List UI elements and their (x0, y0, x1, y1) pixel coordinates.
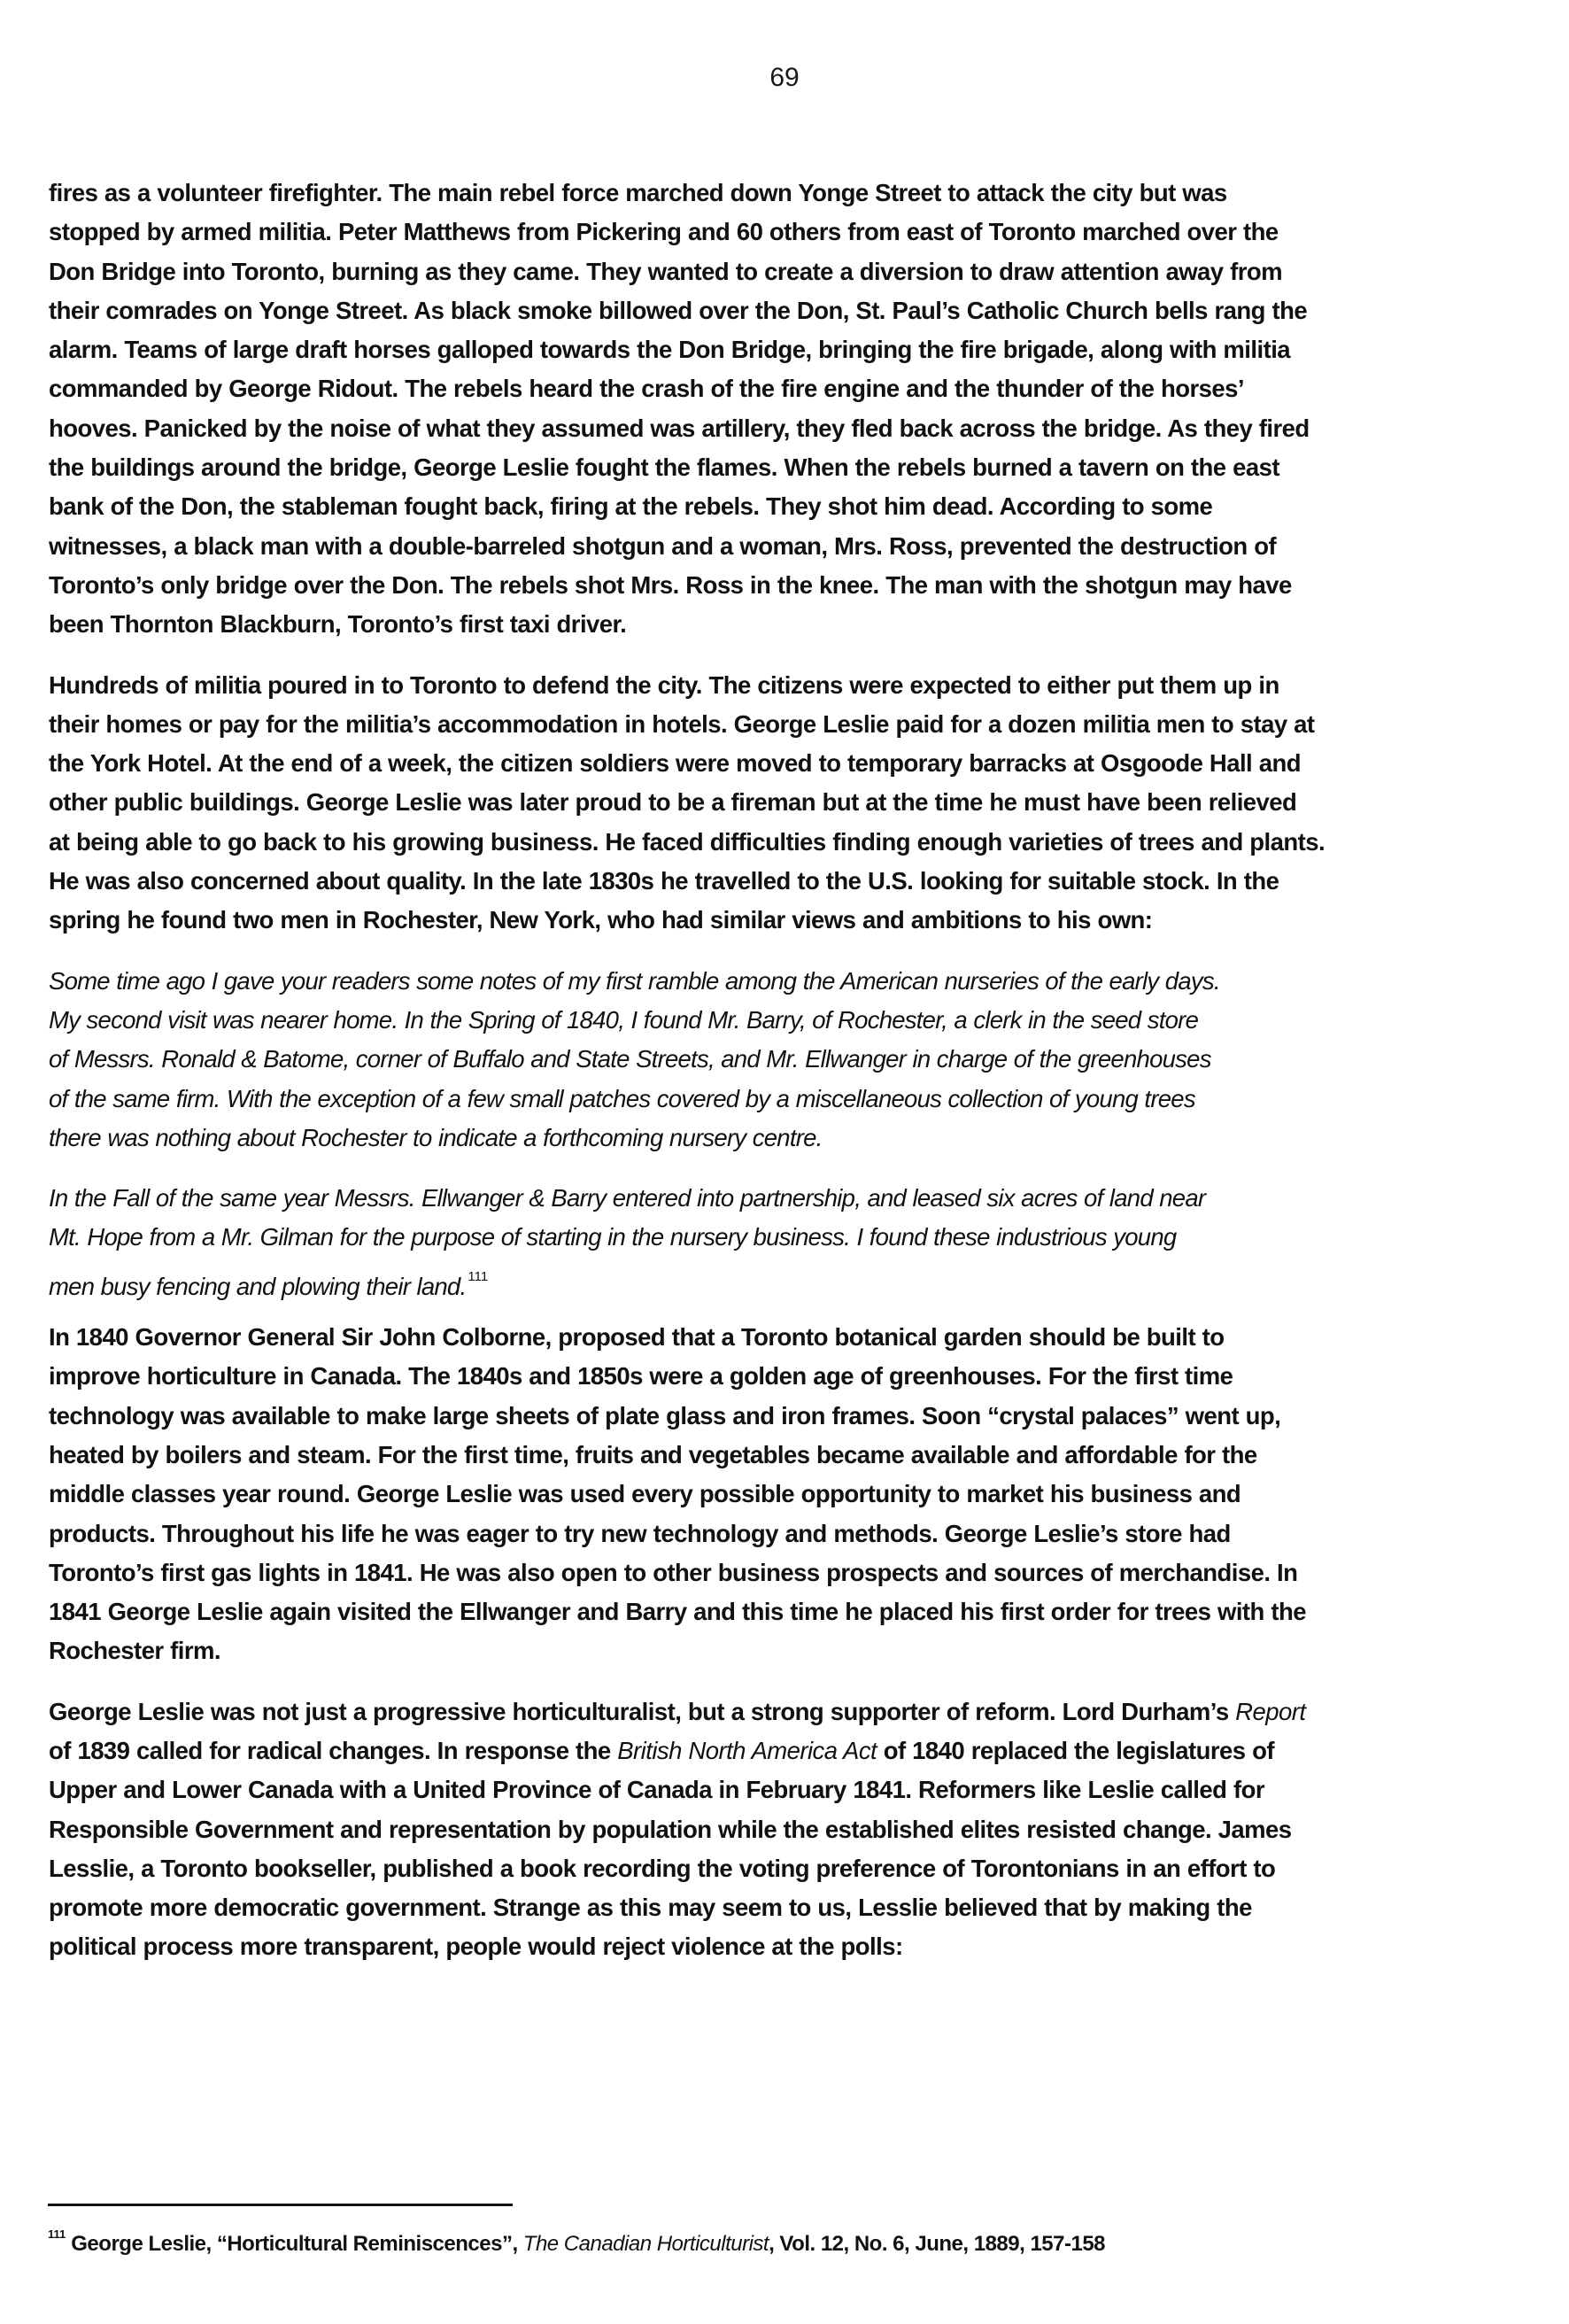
footnote-author-title: George Leslie, “Horticultural Reminiscen… (71, 2232, 523, 2256)
text-line: there was nothing about Rochester to ind… (49, 1119, 1536, 1158)
text-line: Responsible Government and representatio… (49, 1810, 1536, 1849)
text-run: Mt. Hope from a Mr. Gilman for the purpo… (49, 1223, 1176, 1251)
text-run: of 1840 replaced the legislatures of (877, 1737, 1274, 1764)
text-line: of the same firm. With the exception of … (49, 1080, 1536, 1119)
text-run: In the Fall of the same year Messrs. Ell… (49, 1184, 1205, 1212)
text-run: witnesses, a black man with a double-bar… (49, 532, 1276, 560)
text-line: witnesses, a black man with a double-bar… (49, 527, 1536, 566)
body-text: fires as a volunteer firefighter. The ma… (49, 174, 1536, 1988)
text-line: fires as a volunteer firefighter. The ma… (49, 174, 1536, 213)
footnote-separator (48, 2204, 513, 2206)
text-run: My second visit was nearer home. In the … (49, 1006, 1198, 1034)
text-line: their comrades on Yonge Street. As black… (49, 291, 1536, 330)
footnote-mark: 111 (48, 2227, 66, 2241)
text-line: hooves. Panicked by the noise of what th… (49, 409, 1536, 448)
body-paragraph: fires as a volunteer firefighter. The ma… (49, 174, 1536, 645)
text-line: In the Fall of the same year Messrs. Ell… (49, 1179, 1536, 1218)
text-run: alarm. Teams of large draft horses gallo… (49, 336, 1290, 363)
block-quote-paragraph: Some time ago I gave your readers some n… (49, 962, 1536, 1158)
text-line: Toronto’s only bridge over the Don. The … (49, 566, 1536, 605)
text-run: Toronto’s first gas lights in 1841. He w… (49, 1559, 1297, 1586)
block-quote-paragraph: In the Fall of the same year Messrs. Ell… (49, 1179, 1536, 1297)
text-run: men busy fencing and plowing their land. (49, 1273, 466, 1300)
footnote-reference: 111 (468, 1269, 488, 1284)
text-run: at being able to go back to his growing … (49, 828, 1325, 856)
text-line: at being able to go back to his growing … (49, 823, 1536, 862)
text-run: Lesslie, a Toronto bookseller, published… (49, 1855, 1275, 1882)
text-run: heated by boilers and steam. For the fir… (49, 1441, 1257, 1468)
text-line: George Leslie was not just a progressive… (49, 1693, 1536, 1731)
text-run: their homes or pay for the militia’s acc… (49, 710, 1315, 738)
footnote-journal: The Canadian Horticulturist (523, 2232, 769, 2256)
text-run: commanded by George Ridout. The rebels h… (49, 375, 1244, 402)
text-run: improve horticulture in Canada. The 1840… (49, 1362, 1233, 1390)
text-run: spring he found two men in Rochester, Ne… (49, 906, 1152, 933)
text-run: stopped by armed militia. Peter Matthews… (49, 218, 1279, 245)
text-run: Don Bridge into Toronto, burning as they… (49, 258, 1282, 285)
text-line: He was also concerned about quality. In … (49, 862, 1536, 901)
text-line: technology was available to make large s… (49, 1397, 1536, 1436)
text-line: the buildings around the bridge, George … (49, 448, 1536, 487)
text-line: other public buildings. George Leslie wa… (49, 783, 1536, 822)
text-line: spring he found two men in Rochester, Ne… (49, 901, 1536, 940)
body-paragraph: Hundreds of militia poured in to Toronto… (49, 666, 1536, 941)
text-run: bank of the Don, the stableman fought ba… (49, 492, 1212, 520)
text-run: technology was available to make large s… (49, 1402, 1280, 1429)
text-run: fires as a volunteer firefighter. The ma… (49, 179, 1227, 206)
footnote: 111George Leslie, “Horticultural Reminis… (48, 2219, 1105, 2260)
text-run: promote more democratic government. Stra… (49, 1894, 1252, 1921)
text-run: Rochester firm. (49, 1637, 220, 1664)
text-line: of 1839 called for radical changes. In r… (49, 1731, 1536, 1770)
text-line: men busy fencing and plowing their land.… (49, 1258, 1536, 1297)
page-number: 69 (0, 60, 1569, 96)
text-run: been Thornton Blackburn, Toronto’s first… (49, 610, 626, 638)
text-run: middle classes year round. George Leslie… (49, 1480, 1241, 1507)
text-run: He was also concerned about quality. In … (49, 867, 1279, 895)
footnote-details: , Vol. 12, No. 6, June, 1889, 157-158 (769, 2232, 1105, 2256)
text-run: the York Hotel. At the end of a week, th… (49, 749, 1301, 777)
text-run: Upper and Lower Canada with a United Pro… (49, 1776, 1264, 1803)
text-line: of Messrs. Ronald & Batome, corner of Bu… (49, 1040, 1536, 1079)
text-run: Toronto’s only bridge over the Don. The … (49, 571, 1292, 599)
text-run: the buildings around the bridge, George … (49, 453, 1279, 481)
text-line: improve horticulture in Canada. The 1840… (49, 1357, 1536, 1396)
text-run: hooves. Panicked by the noise of what th… (49, 414, 1310, 442)
text-run: In 1840 Governor General Sir John Colbor… (49, 1323, 1225, 1351)
text-run: there was nothing about Rochester to ind… (49, 1124, 823, 1151)
text-line: Mt. Hope from a Mr. Gilman for the purpo… (49, 1218, 1536, 1257)
text-line: heated by boilers and steam. For the fir… (49, 1436, 1536, 1475)
text-line: My second visit was nearer home. In the … (49, 1001, 1536, 1040)
text-line: In 1840 Governor General Sir John Colbor… (49, 1318, 1536, 1357)
text-line: Rochester firm. (49, 1631, 1536, 1670)
text-line: products. Throughout his life he was eag… (49, 1514, 1536, 1553)
text-line: Upper and Lower Canada with a United Pro… (49, 1770, 1536, 1809)
text-line: Lesslie, a Toronto bookseller, published… (49, 1849, 1536, 1888)
text-run: Some time ago I gave your readers some n… (49, 967, 1220, 995)
text-run: of the same firm. With the exception of … (49, 1085, 1195, 1112)
italic-title: British North America Act (617, 1737, 877, 1764)
text-line: Toronto’s first gas lights in 1841. He w… (49, 1553, 1536, 1592)
text-line: Don Bridge into Toronto, burning as they… (49, 252, 1536, 291)
text-run: of Messrs. Ronald & Batome, corner of Bu… (49, 1045, 1211, 1073)
text-line: political process more transparent, peop… (49, 1927, 1536, 1966)
text-line: Some time ago I gave your readers some n… (49, 962, 1536, 1001)
text-line: middle classes year round. George Leslie… (49, 1475, 1536, 1514)
body-paragraph: George Leslie was not just a progressive… (49, 1693, 1536, 1967)
text-run: other public buildings. George Leslie wa… (49, 788, 1296, 816)
text-run: of 1839 called for radical changes. In r… (49, 1737, 617, 1764)
text-line: promote more democratic government. Stra… (49, 1888, 1536, 1927)
text-run: products. Throughout his life he was eag… (49, 1520, 1231, 1547)
text-run: Hundreds of militia poured in to Toronto… (49, 671, 1279, 699)
text-line: commanded by George Ridout. The rebels h… (49, 369, 1536, 408)
text-line: their homes or pay for the militia’s acc… (49, 705, 1536, 744)
text-line: stopped by armed militia. Peter Matthews… (49, 213, 1536, 252)
text-line: been Thornton Blackburn, Toronto’s first… (49, 605, 1536, 644)
text-run: 1841 George Leslie again visited the Ell… (49, 1598, 1306, 1625)
italic-title: Report (1235, 1698, 1305, 1725)
body-paragraph: In 1840 Governor General Sir John Colbor… (49, 1318, 1536, 1671)
text-line: Hundreds of militia poured in to Toronto… (49, 666, 1536, 705)
text-line: alarm. Teams of large draft horses gallo… (49, 330, 1536, 369)
text-run: Responsible Government and representatio… (49, 1816, 1292, 1843)
text-line: bank of the Don, the stableman fought ba… (49, 487, 1536, 526)
text-run: their comrades on Yonge Street. As black… (49, 297, 1307, 324)
text-line: the York Hotel. At the end of a week, th… (49, 744, 1536, 783)
text-run: George Leslie was not just a progressive… (49, 1698, 1235, 1725)
text-line: 1841 George Leslie again visited the Ell… (49, 1592, 1536, 1631)
text-run: political process more transparent, peop… (49, 1933, 903, 1960)
